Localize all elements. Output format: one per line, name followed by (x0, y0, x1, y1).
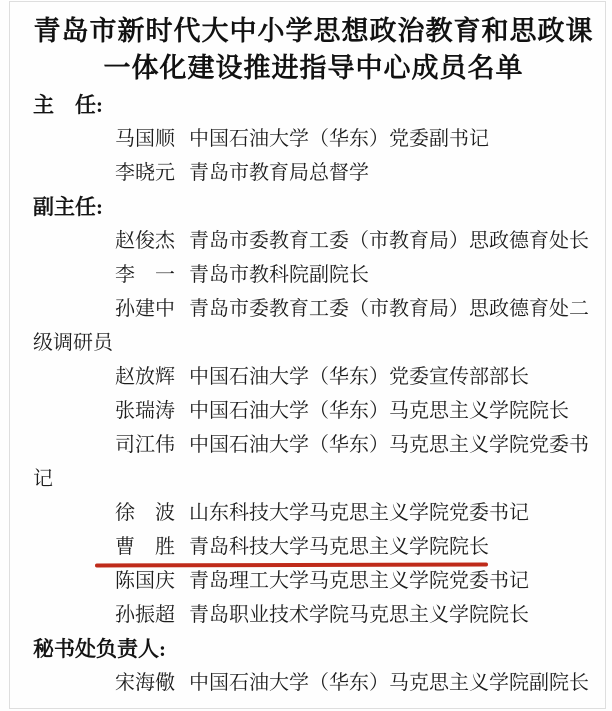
member-row: 宋海儆中国石油大学（华东）马克思主义学院副院长 (33, 666, 594, 700)
member-name: 赵俊杰 (115, 224, 179, 258)
member-name: 李晓元 (115, 156, 179, 190)
member-row: 孙振超青岛职业技术学院马克思主义学院院长 (33, 598, 594, 632)
title-line-2: 一体化建设推进指导中心成员名单 (33, 50, 594, 87)
member-name: 司江伟 (115, 428, 179, 462)
member-row: 李晓元青岛市教育局总督学 (33, 156, 594, 190)
member-desc: 青岛市教科院副院长 (189, 264, 369, 286)
member-desc-continuation: 级调研员 (33, 326, 594, 360)
member-row: 孙建中青岛市委教育工委（市教育局）思政德育处二 (33, 292, 594, 326)
member-desc: 中国石油大学（华东）马克思主义学院院长 (189, 400, 569, 422)
member-name: 李 一 (115, 258, 179, 292)
member-desc: 青岛理工大学马克思主义学院党委书记 (189, 570, 529, 592)
member-desc: 中国石油大学（华东）党委宣传部部长 (189, 366, 529, 388)
member-desc: 中国石油大学（华东）党委副书记 (189, 128, 489, 150)
member-desc: 青岛市委教育工委（市教育局）思政德育处二 (189, 298, 589, 320)
document-page: 青岛市新时代大中小学思想政治教育和思政课 一体化建设推进指导中心成员名单 主 任… (0, 0, 612, 711)
member-name: 张瑞涛 (115, 394, 179, 428)
member-name: 陈国庆 (115, 564, 179, 598)
member-name: 马国顺 (115, 122, 179, 156)
section-label-deputy-director: 副主任: (33, 190, 594, 224)
section-label-director: 主 任: (33, 88, 594, 122)
document-title: 青岛市新时代大中小学思想政治教育和思政课 一体化建设推进指导中心成员名单 (33, 13, 594, 87)
member-row-highlighted: 曹 胜青岛科技大学马克思主义学院院长 (33, 530, 594, 564)
document-content: 青岛市新时代大中小学思想政治教育和思政课 一体化建设推进指导中心成员名单 主 任… (0, 0, 612, 711)
member-name: 徐 波 (115, 496, 179, 530)
member-name: 曹 胜 (115, 530, 179, 564)
member-desc: 中国石油大学（华东）马克思主义学院副院长 (189, 672, 589, 694)
member-desc: 青岛市委教育工委（市教育局）思政德育处长 (189, 230, 589, 252)
member-desc: 青岛市教育局总督学 (189, 162, 369, 184)
member-desc: 青岛职业技术学院马克思主义学院院长 (189, 604, 529, 626)
member-desc: 中国石油大学（华东）马克思主义学院党委书 (189, 434, 589, 456)
member-row: 赵俊杰青岛市委教育工委（市教育局）思政德育处长 (33, 224, 594, 258)
member-name: 赵放辉 (115, 360, 179, 394)
section-label-secretariat: 秘书处负责人: (33, 632, 594, 666)
member-row: 徐 波山东科技大学马克思主义学院党委书记 (33, 496, 594, 530)
member-name: 孙振超 (115, 598, 179, 632)
title-line-1: 青岛市新时代大中小学思想政治教育和思政课 (33, 13, 594, 50)
member-row: 陈国庆青岛理工大学马克思主义学院党委书记 (33, 564, 594, 598)
member-row: 李 一青岛市教科院副院长 (33, 258, 594, 292)
member-desc-continuation: 记 (33, 462, 594, 496)
member-row: 司江伟中国石油大学（华东）马克思主义学院党委书 (33, 428, 594, 462)
member-desc: 山东科技大学马克思主义学院党委书记 (189, 502, 529, 524)
member-desc: 青岛科技大学马克思主义学院院长 (189, 536, 489, 558)
member-row: 赵放辉中国石油大学（华东）党委宣传部部长 (33, 360, 594, 394)
member-name: 宋海儆 (115, 666, 179, 700)
member-row: 马国顺中国石油大学（华东）党委副书记 (33, 122, 594, 156)
member-name: 孙建中 (115, 292, 179, 326)
member-row: 张瑞涛中国石油大学（华东）马克思主义学院院长 (33, 394, 594, 428)
